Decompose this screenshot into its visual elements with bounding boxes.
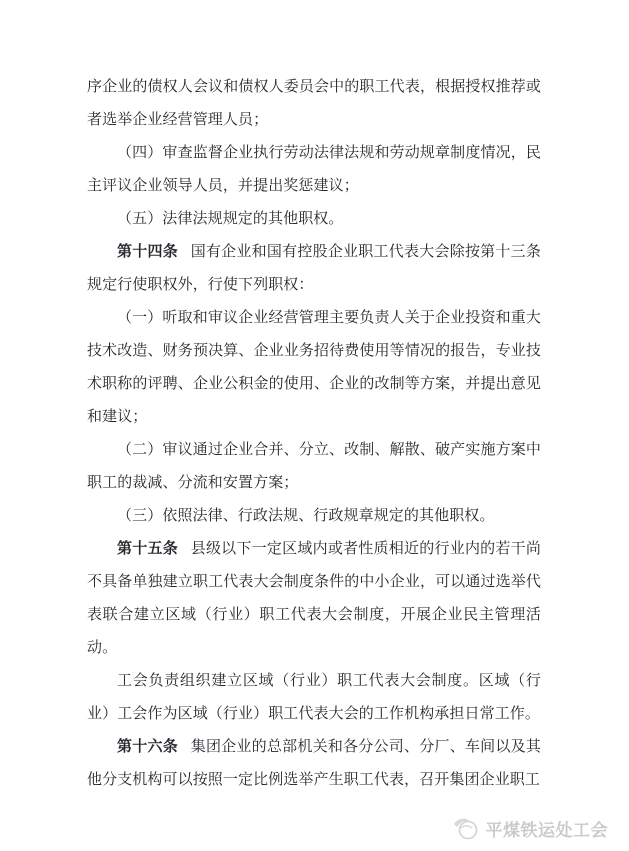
paragraph: 工会负责组织建立区域（行业）职工代表大会制度。区域（行业）工会作为区域（行业）职… <box>87 665 541 731</box>
paragraph: （二）审议通过企业合并、分立、改制、解散、破产实施方案中职工的裁减、分流和安置方… <box>87 434 541 500</box>
paragraph: 第十六条集团企业的总部机关和各分公司、分厂、车间以及其他分支机构可以按照一定比例… <box>87 731 541 797</box>
paragraph: （三）依照法律、行政法规、行政规章规定的其他职权。 <box>87 500 541 533</box>
paragraph-text: 县级以下一定区域内或者性质相近的行业内的若干尚不具备单独建立职工代表大会制度条件… <box>87 541 541 656</box>
footer-watermark: 平煤铁运处工会 <box>451 814 609 842</box>
paragraph: （五）法律法规规定的其他职权。 <box>87 203 541 236</box>
paragraph-text: （三）依照法律、行政法规、行政规章规定的其他职权。 <box>117 508 495 524</box>
paragraph-text: （一）听取和审议企业经营管理主要负责人关于企业投资和重大技术改造、财务预决算、企… <box>87 310 541 425</box>
paragraph-text: 工会负责组织建立区域（行业）职工代表大会制度。区域（行业）工会作为区域（行业）职… <box>87 673 541 722</box>
paragraph: 序企业的债权人会议和债权人委员会中的职工代表，根据授权推荐或者选举企业经营管理人… <box>87 71 541 137</box>
article-15-term: 第十五条 <box>117 541 178 557</box>
paragraph-text: （五）法律法规规定的其他职权。 <box>117 211 344 227</box>
paragraph-text: （二）审议通过企业合并、分立、改制、解散、破产实施方案中职工的裁减、分流和安置方… <box>87 442 541 491</box>
document-page: 序企业的债权人会议和债权人委员会中的职工代表，根据授权推荐或者选举企业经营管理人… <box>0 0 629 851</box>
document-body: 序企业的债权人会议和债权人委员会中的职工代表，根据授权推荐或者选举企业经营管理人… <box>87 71 541 797</box>
paragraph-text: （四）审查监督企业执行劳动法律法规和劳动规章制度情况，民主评议企业领导人员，并提… <box>87 145 541 194</box>
paragraph: （四）审查监督企业执行劳动法律法规和劳动规章制度情况，民主评议企业领导人员，并提… <box>87 137 541 203</box>
brand-text: 平煤铁运处工会 <box>486 816 609 841</box>
dove-globe-logo-icon <box>451 814 481 842</box>
article-14-term: 第十四条 <box>117 244 178 260</box>
paragraph: 第十五条县级以下一定区域内或者性质相近的行业内的若干尚不具备单独建立职工代表大会… <box>87 533 541 665</box>
paragraph-text: 序企业的债权人会议和债权人委员会中的职工代表，根据授权推荐或者选举企业经营管理人… <box>87 79 541 128</box>
article-16-term: 第十六条 <box>117 739 178 755</box>
paragraph: （一）听取和审议企业经营管理主要负责人关于企业投资和重大技术改造、财务预决算、企… <box>87 302 541 434</box>
paragraph: 第十四条国有企业和国有控股企业职工代表大会除按第十三条规定行使职权外，行使下列职… <box>87 236 541 302</box>
